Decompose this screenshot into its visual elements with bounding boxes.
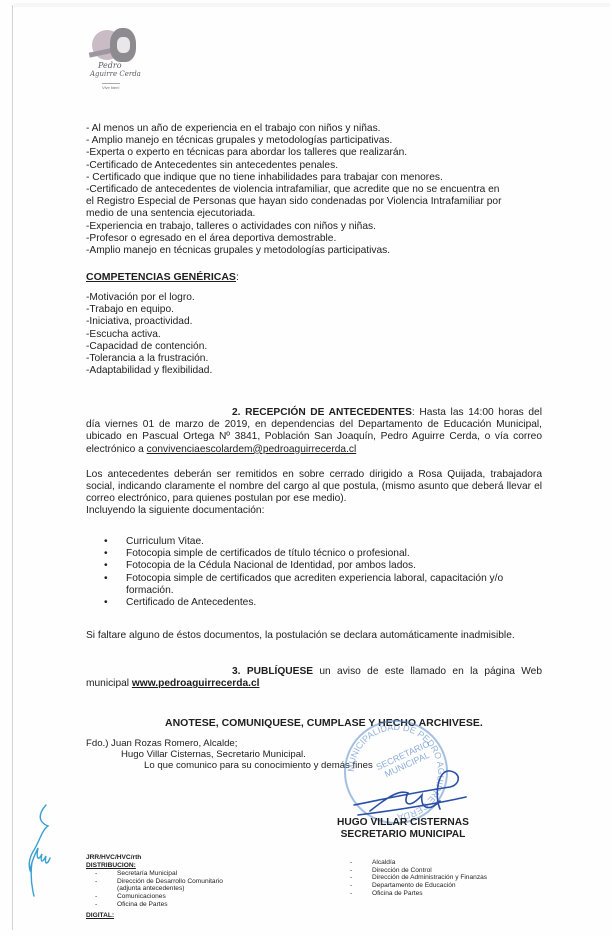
distribucion-right-list: -Alcaldía -Dirección de Control -Direcci… bbox=[350, 859, 487, 898]
competencias-colon: : bbox=[236, 271, 239, 283]
competencia-item: -Tolerancia a la frustración. bbox=[86, 353, 212, 365]
document-page: Pedro Aguirre Cerda Vive bien! - Al meno… bbox=[0, 0, 612, 936]
competencia-item: -Adaptabilidad y flexibilidad. bbox=[86, 365, 212, 377]
logo-tagline: Vive bien! bbox=[102, 83, 120, 90]
distribucion-label: Oficina de Partes bbox=[372, 890, 423, 897]
firma-alcalde: Fdo.) Juan Rozas Romero, Alcalde; bbox=[86, 738, 237, 749]
recepcion-paragraph: 2. RECEPCIÓN DE ANTECEDENTES: Hasta las … bbox=[86, 407, 542, 456]
competencia-item: -Motivación por el logro. bbox=[86, 292, 212, 304]
dash: - bbox=[350, 859, 372, 867]
requirement-line: -Amplio manejo en técnicas grupales y me… bbox=[86, 245, 556, 257]
distribucion-item: -Oficina de Partes bbox=[350, 890, 487, 898]
scan-top-shadow bbox=[14, 3, 610, 7]
dash: - bbox=[95, 901, 117, 909]
signer-block: HUGO VILLAR CISTERNAS SECRETARIO MUNICIP… bbox=[333, 817, 473, 841]
signer-title: SECRETARIO MUNICIPAL bbox=[333, 829, 473, 841]
distribucion-label: Dirección de Administración y Finanzas bbox=[372, 874, 487, 881]
recepcion-heading: 2. RECEPCIÓN DE ANTECEDENTES bbox=[232, 407, 412, 418]
requirement-line: el Registro Especial de Personas que hay… bbox=[86, 196, 556, 208]
distribucion-item: -Oficina de Partes bbox=[95, 901, 223, 909]
requirement-line: -Experiencia en trabajo, talleres o acti… bbox=[86, 221, 556, 233]
distribucion-label: Dirección de Control bbox=[372, 867, 432, 874]
distribucion-label: Comunicaciones bbox=[117, 893, 166, 900]
documento-item: Curriculum Vitae. bbox=[104, 536, 544, 548]
signature-mark bbox=[350, 765, 470, 825]
publiquese-paragraph: 3. PUBLÍQUESE un aviso de este llamado e… bbox=[86, 666, 542, 690]
email-link[interactable]: convivenciaescolardem@pedroaguirrecerda.… bbox=[147, 444, 357, 455]
margin-initials-signature bbox=[18, 800, 58, 900]
dash: - bbox=[95, 893, 117, 901]
distribucion-label: Oficina de Partes bbox=[117, 901, 168, 908]
distribucion-label: Dirección de Desarrollo Comunitario bbox=[117, 878, 223, 885]
dash: - bbox=[350, 882, 372, 890]
competencias-list: -Motivación por el logro. -Trabajo en eq… bbox=[86, 292, 212, 377]
distribucion-item: -Dirección de Desarrollo Comunitario bbox=[95, 878, 223, 886]
documento-item: Certificado de Antecedentes. bbox=[104, 597, 544, 609]
distribucion-note: (adjunta antecedentes) bbox=[95, 885, 223, 893]
requirement-line: - Al menos un año de experiencia en el t… bbox=[86, 123, 556, 135]
requirement-line: medio de una sentencia ejecutoriada. bbox=[86, 208, 556, 220]
competencia-item: -Capacidad de contención. bbox=[86, 341, 212, 353]
requirement-line: -Certificado de Antecedentes sin anteced… bbox=[86, 160, 556, 172]
dash: - bbox=[95, 870, 117, 878]
logo-text-line1: Pedro bbox=[98, 61, 122, 70]
requirement-line: -Certificado de antecedentes de violenci… bbox=[86, 184, 556, 196]
distribucion-item: -Secretaría Municipal bbox=[95, 870, 223, 878]
dash: - bbox=[350, 874, 372, 882]
firma-secretario: Hugo Villar Cisternas, Secretario Munici… bbox=[121, 749, 306, 760]
distribucion-heading: DISTRIBUCION: bbox=[86, 862, 136, 869]
distribucion-item: -Comunicaciones bbox=[95, 893, 223, 901]
reference-initials: JRR/HVC/HVC/rth bbox=[86, 854, 141, 861]
competencias-heading: COMPETENCIAS GENÉRICAS: bbox=[86, 271, 239, 283]
competencia-item: -Iniciativa, proactividad. bbox=[86, 316, 212, 328]
competencia-item: -Escucha activa. bbox=[86, 329, 212, 341]
dash: - bbox=[350, 867, 372, 875]
documento-item: Fotocopia de la Cédula Nacional de Ident… bbox=[104, 560, 544, 572]
faltare-paragraph: Si faltare alguno de éstos documentos, l… bbox=[86, 630, 542, 642]
distribucion-label: Departamento de Educación bbox=[372, 882, 456, 889]
requirement-line: -Experta o experto en técnicas para abor… bbox=[86, 147, 556, 159]
logo-text-line2: Aguirre Cerda bbox=[90, 70, 141, 78]
requirements-list: - Al menos un año de experiencia en el t… bbox=[86, 123, 556, 257]
documento-item: Fotocopia simple de certificados que acr… bbox=[104, 573, 544, 597]
distribucion-item: -Dirección de Control bbox=[350, 867, 487, 875]
comunicado-line: Lo que comunico para su conocimiento y d… bbox=[144, 760, 373, 771]
distribucion-item: -Alcaldía bbox=[350, 859, 487, 867]
dash: - bbox=[95, 878, 117, 886]
logo-portrait-icon bbox=[110, 28, 136, 62]
envio-paragraph: Los antecedentes deberán ser remitidos e… bbox=[86, 469, 542, 506]
requirement-line: -Profesor o egresado en el área deportiv… bbox=[86, 233, 556, 245]
competencia-item: -Trabajo en equipo. bbox=[86, 304, 212, 316]
distribucion-left-list: -Secretaría Municipal -Dirección de Desa… bbox=[95, 870, 223, 909]
municipality-logo: Pedro Aguirre Cerda Vive bien! bbox=[86, 28, 144, 96]
requirement-line: - Amplio manejo en técnicas grupales y m… bbox=[86, 135, 556, 147]
distribucion-label: Alcaldía bbox=[372, 859, 395, 866]
distribucion-item: -Departamento de Educación bbox=[350, 882, 487, 890]
distribucion-item: -Dirección de Administración y Finanzas bbox=[350, 874, 487, 882]
scan-edge-line bbox=[12, 5, 13, 930]
requirement-line: - Certificado que indique que no tiene i… bbox=[86, 172, 556, 184]
documentos-list: Curriculum Vitae. Fotocopia simple de ce… bbox=[104, 536, 544, 609]
documento-item: Fotocopia simple de certificados de títu… bbox=[104, 548, 544, 560]
website-link[interactable]: www.pedroaguirrecerda.cl bbox=[132, 678, 260, 689]
publiquese-heading: 3. PUBLÍQUESE bbox=[232, 666, 313, 677]
envio-text: Los antecedentes deberán ser remitidos e… bbox=[86, 469, 542, 504]
digital-heading: DIGITAL: bbox=[86, 912, 114, 919]
documentacion-intro: Incluyendo la siguiente documentación: bbox=[86, 505, 542, 517]
dash: - bbox=[350, 890, 372, 898]
distribucion-label: Secretaría Municipal bbox=[117, 870, 177, 877]
competencias-title-text: COMPETENCIAS GENÉRICAS bbox=[86, 271, 236, 283]
signer-name: HUGO VILLAR CISTERNAS bbox=[333, 817, 473, 829]
